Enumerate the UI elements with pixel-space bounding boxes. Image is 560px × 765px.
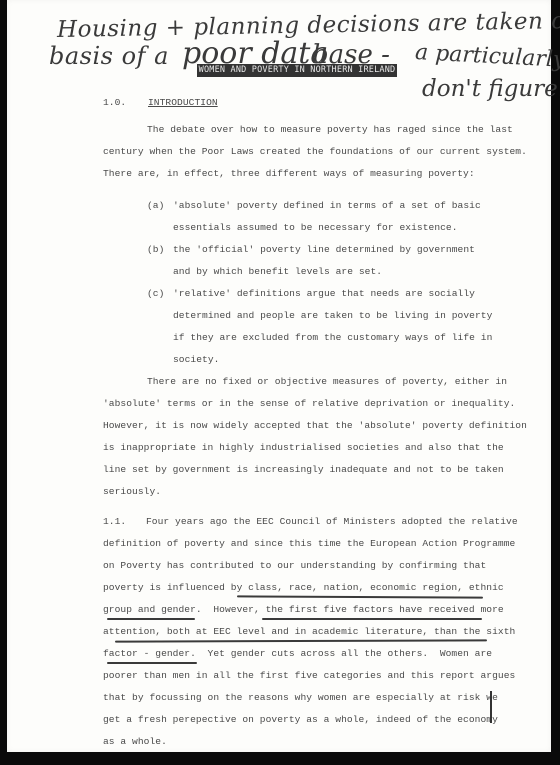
- list-item-line: 'absolute' poverty defined in terms of a…: [173, 200, 481, 211]
- paragraph-line: 'absolute' terms or in the sense of rela…: [103, 398, 515, 409]
- list-item-line: society.: [173, 354, 219, 365]
- list-marker: (a): [147, 200, 164, 211]
- paragraph-line: seriously.: [103, 486, 161, 497]
- paragraph-line: definition of poverty and since this tim…: [103, 538, 515, 549]
- paragraph-line: Four years ago the EEC Council of Minist…: [146, 516, 518, 527]
- handwritten-note-line-2-start: basis of a: [49, 42, 169, 70]
- list-item-line: determined and people are taken to be li…: [173, 310, 492, 321]
- list-item-line: and by which benefit levels are set.: [173, 266, 382, 277]
- paragraph-line: poorer than men in all the first five ca…: [103, 670, 515, 681]
- section-number: 1.0.: [103, 97, 126, 108]
- list-item-line: essentials assumed to be necessary for e…: [173, 222, 458, 233]
- handwritten-underline: [262, 618, 482, 620]
- paragraph-line: line set by government is increasingly i…: [103, 464, 504, 475]
- paragraph-line: factor - gender. Yet gender cuts across …: [103, 648, 492, 659]
- paragraph-line: group and gender. However, the first fiv…: [103, 604, 504, 615]
- list-item-line: the 'official' poverty line determined b…: [173, 244, 475, 255]
- handwritten-underline: [107, 662, 197, 664]
- paragraph-line: poverty is influenced by class, race, na…: [103, 582, 504, 593]
- paragraph-line: get a fresh perepective on poverty as a …: [103, 714, 498, 725]
- section-heading: INTRODUCTION: [148, 97, 218, 108]
- list-marker: (b): [147, 244, 164, 255]
- paragraph-line: There are no fixed or objective measures…: [147, 376, 507, 387]
- paragraph-line: is inappropriate in highly industrialise…: [103, 442, 504, 453]
- handwritten-note-line-3: a particularly: [414, 40, 560, 73]
- paragraph-line: that by focussing on the reasons why wom…: [103, 692, 498, 703]
- handwritten-underline: [115, 639, 487, 642]
- paragraph-line: However, it is now widely accepted that …: [103, 420, 527, 431]
- paragraph-line: century when the Poor Laws created the f…: [103, 146, 527, 157]
- section-number: 1.1.: [103, 516, 126, 527]
- handwritten-underline: [107, 618, 195, 620]
- list-item-line: 'relative' definitions argue that needs …: [173, 288, 475, 299]
- paragraph-line: as a whole.: [103, 736, 167, 747]
- document-title: WOMEN AND POVERTY IN NORTHERN IRELAND: [197, 64, 397, 77]
- handwritten-margin-line: [490, 691, 492, 723]
- paragraph-line: There are, in effect, three different wa…: [103, 168, 475, 179]
- list-item-line: if they are excluded from the customary …: [173, 332, 492, 343]
- document-page: Housing + planning decisions are taken o…: [7, 0, 551, 752]
- paragraph-line: The debate over how to measure poverty h…: [147, 124, 513, 135]
- handwritten-note-line-4: don't figure.: [422, 76, 560, 102]
- list-marker: (c): [147, 288, 164, 299]
- paragraph-line: on Poverty has contributed to our unders…: [103, 560, 486, 571]
- paragraph-line: attention, both at EEC level and in acad…: [103, 626, 515, 637]
- handwritten-underline: [237, 595, 483, 598]
